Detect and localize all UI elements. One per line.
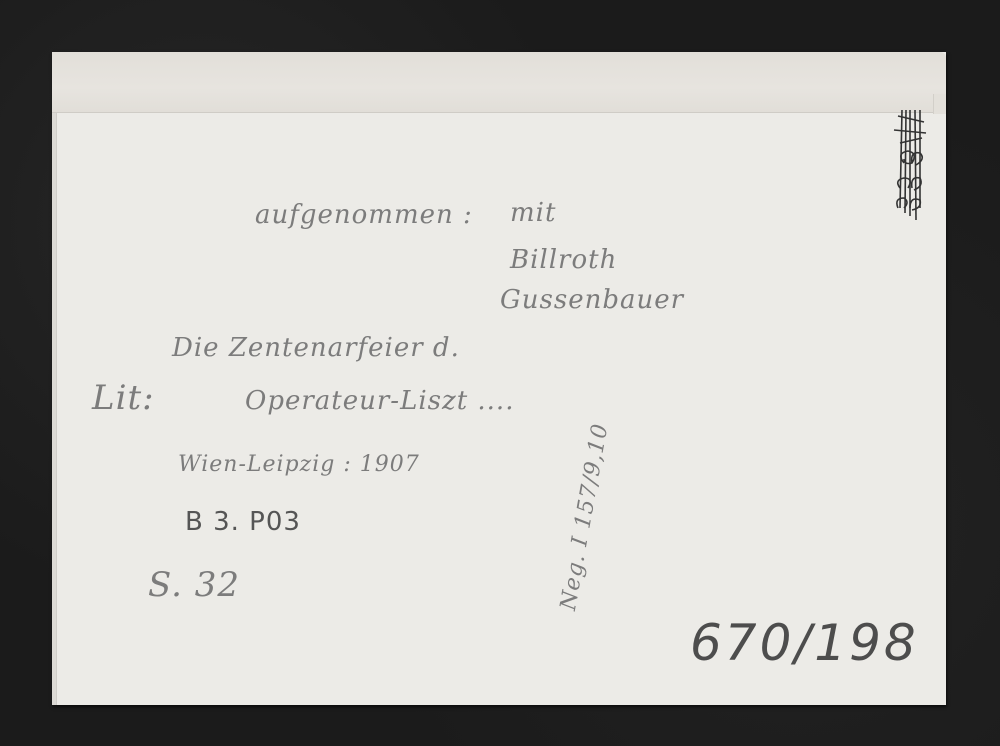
place-year: Wien-Leipzig : 1907 [178, 452, 420, 477]
card-edge [52, 52, 57, 705]
top-flap [52, 52, 946, 113]
call-number: B 3. P03 [185, 507, 301, 537]
name-gussenbauer: Gussenbauer [500, 285, 684, 315]
photo-card-back [52, 52, 946, 705]
scribble-mark-icon [890, 108, 930, 238]
lit-work: Operateur-Liszt .... [245, 386, 514, 416]
recorded-label: aufgenommen : [255, 200, 473, 230]
title-line: Die Zentenarfeier d. [172, 333, 460, 363]
name-billroth: Billroth [510, 245, 617, 275]
recorded-with: mit [510, 198, 556, 228]
lit-label: Lit: [92, 378, 155, 418]
page-reference: S. 32 [148, 565, 240, 605]
flap-tab [933, 94, 946, 114]
inventory-number: 670/198 [690, 614, 919, 672]
